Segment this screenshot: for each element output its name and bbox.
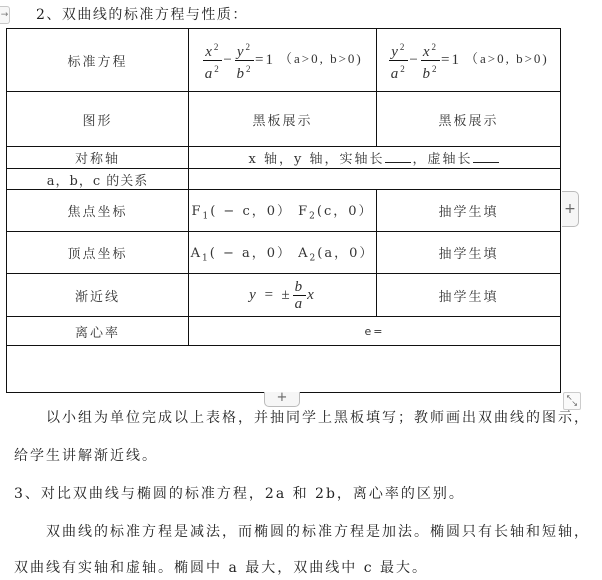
label-cell: 顶点坐标 — [7, 232, 189, 274]
equation-y-axis: y2a2−x2b2=1（a>0, b>0) — [377, 29, 561, 92]
value-cell: 抽学生填 — [377, 190, 561, 232]
empty-cell — [7, 346, 561, 393]
fraction: y2a2 — [389, 39, 408, 82]
label-cell: 渐近线 — [7, 274, 189, 317]
paragraph-2: 给学生讲解渐近线。 — [14, 445, 158, 465]
table-row-symmetry: 对称轴 x 轴，y 轴，实轴长，虚轴长 — [7, 147, 561, 169]
paragraph-4: 双曲线的标准方程是减法，而椭圆的标准方程是加法。椭圆只有长轴和短轴， — [14, 521, 590, 541]
paragraph-5: 双曲线有实轴和虚轴。椭圆中 a 最大，双曲线中 c 最大。 — [14, 557, 428, 577]
fraction: y2b2 — [235, 39, 254, 82]
table-row-abc: a，b，c 的关系 — [7, 169, 561, 190]
arrow-right-icon: → — [1, 10, 9, 20]
add-column-button[interactable]: + — [264, 392, 300, 407]
plus-icon: + — [277, 390, 288, 405]
value-cell: 抽学生填 — [377, 274, 561, 317]
vertices-value: A1( − a，0） A2(a，0） — [189, 232, 377, 274]
section-heading: 2、双曲线的标准方程与性质： — [36, 4, 248, 24]
table-row-graph: 图形 黑板展示 黑板展示 — [7, 92, 561, 147]
value-cell: 黑板展示 — [189, 92, 377, 147]
fraction: x2b2 — [421, 39, 440, 82]
label-cell: 标准方程 — [7, 29, 189, 92]
equation-x-axis: x2a2−y2b2=1（a>0, b>0) — [189, 29, 377, 92]
foci-value: F1( − c，0） F2(c，0） — [189, 190, 377, 232]
label-cell: 对称轴 — [7, 147, 189, 169]
plus-icon: + — [564, 201, 576, 217]
fill-blank — [385, 161, 411, 163]
table-row-empty — [7, 346, 561, 393]
label-cell: 离心率 — [7, 317, 189, 346]
table-row-asymptote: 渐近线 y = ±bax 抽学生填 — [7, 274, 561, 317]
label-cell: 焦点坐标 — [7, 190, 189, 232]
table-move-handle[interactable]: → — [0, 6, 10, 24]
table-row-eccentricity: 离心率 e= — [7, 317, 561, 346]
hyperbola-properties-table: 标准方程 x2a2−y2b2=1（a>0, b>0) y2a2−x2b2=1（a… — [6, 28, 561, 393]
value-cell: x 轴，y 轴，实轴长，虚轴长 — [189, 147, 561, 169]
fraction: x2a2 — [203, 39, 222, 82]
paragraph-1: 以小组为单位完成以上表格，并抽同学上黑板填写；教师画出双曲线的图示， — [14, 407, 590, 427]
label-cell: 图形 — [7, 92, 189, 147]
label-cell: a，b，c 的关系 — [7, 169, 189, 190]
table-row-vertices: 顶点坐标 A1( − a，0） A2(a，0） 抽学生填 — [7, 232, 561, 274]
value-cell: e= — [189, 317, 561, 346]
asymptote-value: y = ±bax — [189, 274, 377, 317]
table-row-foci: 焦点坐标 F1( − c，0） F2(c，0） 抽学生填 — [7, 190, 561, 232]
value-cell: 黑板展示 — [377, 92, 561, 147]
table-row-equation: 标准方程 x2a2−y2b2=1（a>0, b>0) y2a2−x2b2=1（a… — [7, 29, 561, 92]
value-cell — [189, 169, 561, 190]
paragraph-3: 3、对比双曲线与椭圆的标准方程，2a 和 2b，离心率的区别。 — [14, 483, 465, 503]
fraction: ba — [293, 279, 307, 312]
fill-blank — [473, 161, 499, 163]
add-row-button[interactable]: + — [562, 191, 579, 227]
value-cell: 抽学生填 — [377, 232, 561, 274]
